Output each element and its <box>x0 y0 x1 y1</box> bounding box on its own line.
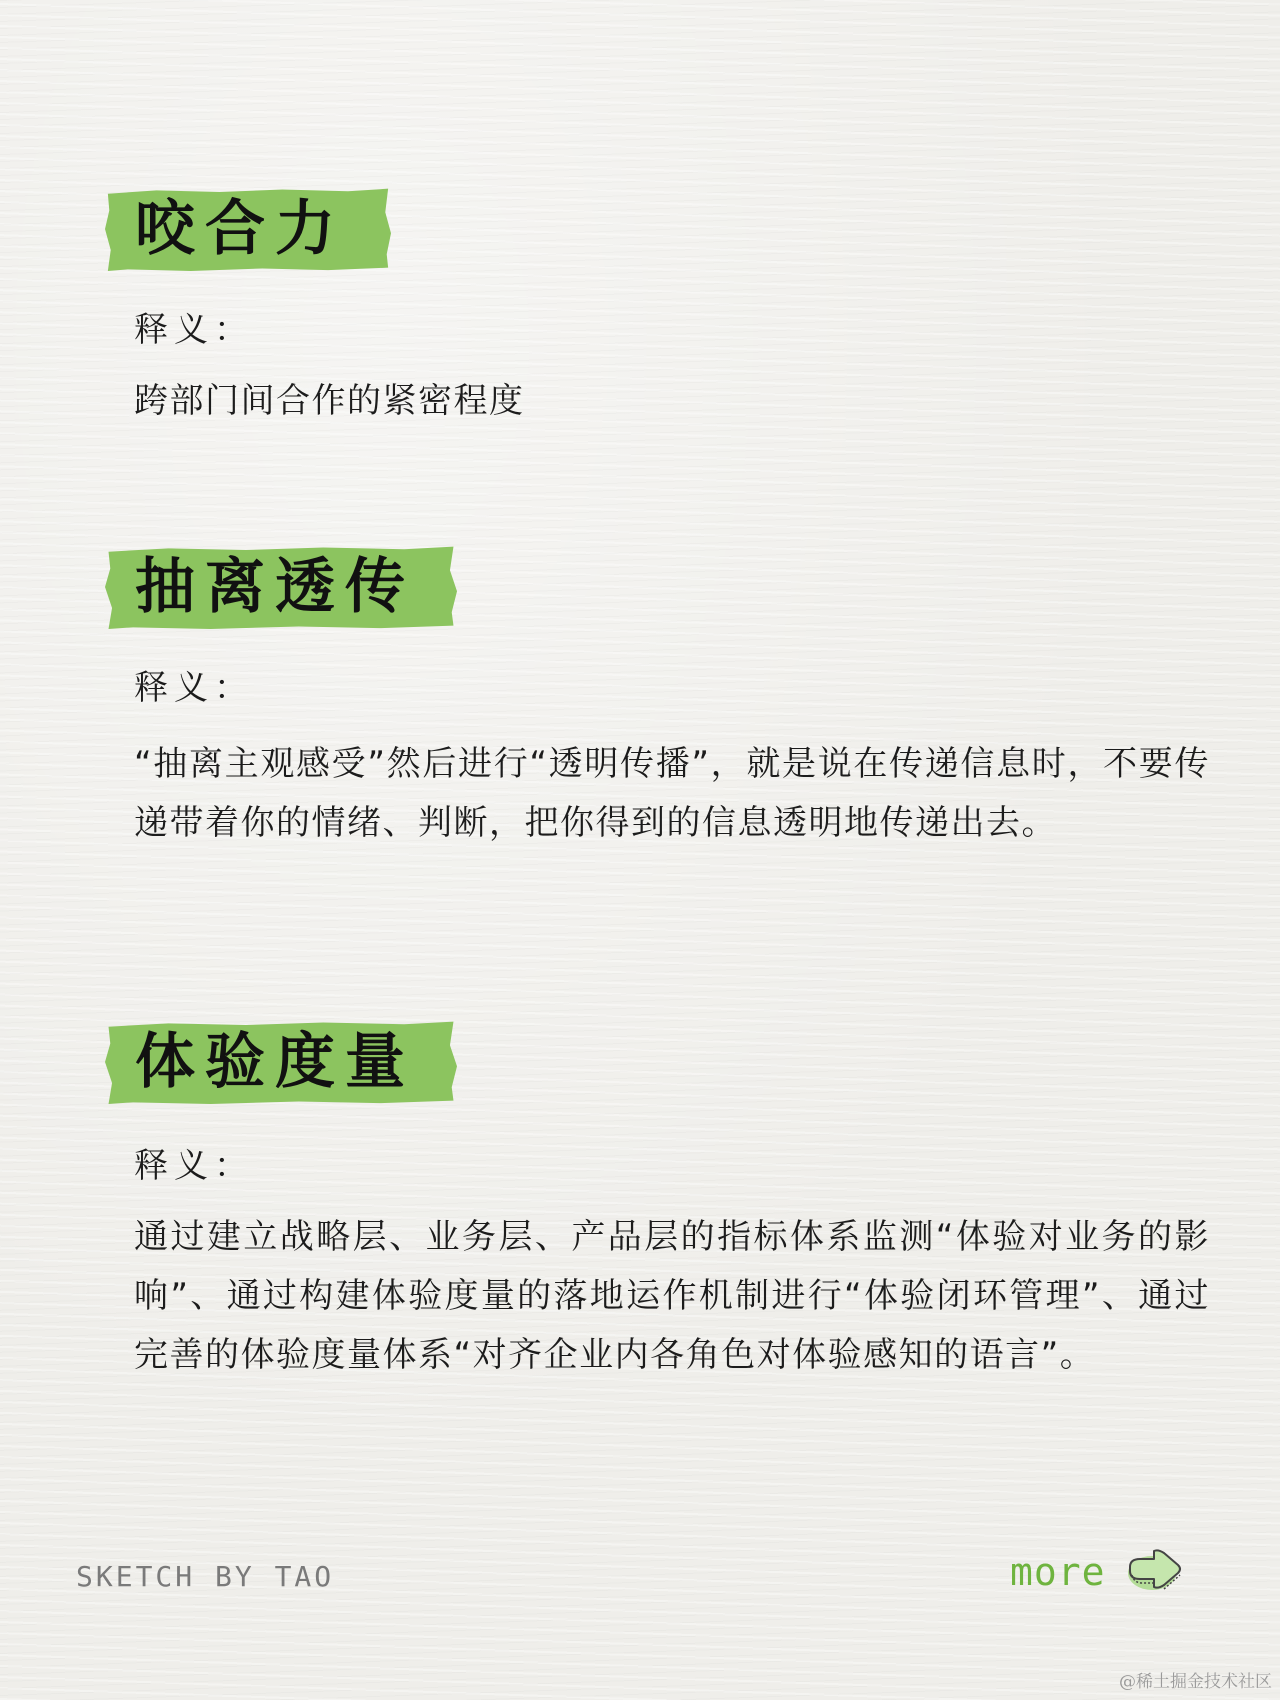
more-label: more <box>1010 1550 1106 1594</box>
section-title: 体验度量 <box>105 1032 415 1092</box>
definition-label: 释义： <box>134 310 254 350</box>
watermark: @稀土掘金技术社区 <box>1119 1667 1272 1692</box>
arrow-right-icon <box>1124 1545 1186 1599</box>
definition-text: “抽离主观感受”然后进行“透明传播”，就是说在传递信息时，不要传递带着你的情绪、… <box>134 735 1210 853</box>
signature: SKETCH BY TAO <box>76 1560 334 1593</box>
definition-text: 跨部门间合作的紧密程度 <box>134 372 1210 431</box>
definition-text: 通过建立战略层、业务层、产品层的指标体系监测“体验对业务的影响”、通过构建体验度… <box>134 1208 1210 1385</box>
definition-label: 释义： <box>134 668 254 708</box>
title-tape: 咬合力 <box>105 187 391 271</box>
definition-label: 释义： <box>134 1146 254 1186</box>
title-tape: 体验度量 <box>105 1020 457 1104</box>
title-tape: 抽离透传 <box>105 545 457 629</box>
section-title: 咬合力 <box>105 199 345 259</box>
section-title: 抽离透传 <box>105 557 415 617</box>
more-button[interactable]: more <box>1010 1545 1186 1599</box>
